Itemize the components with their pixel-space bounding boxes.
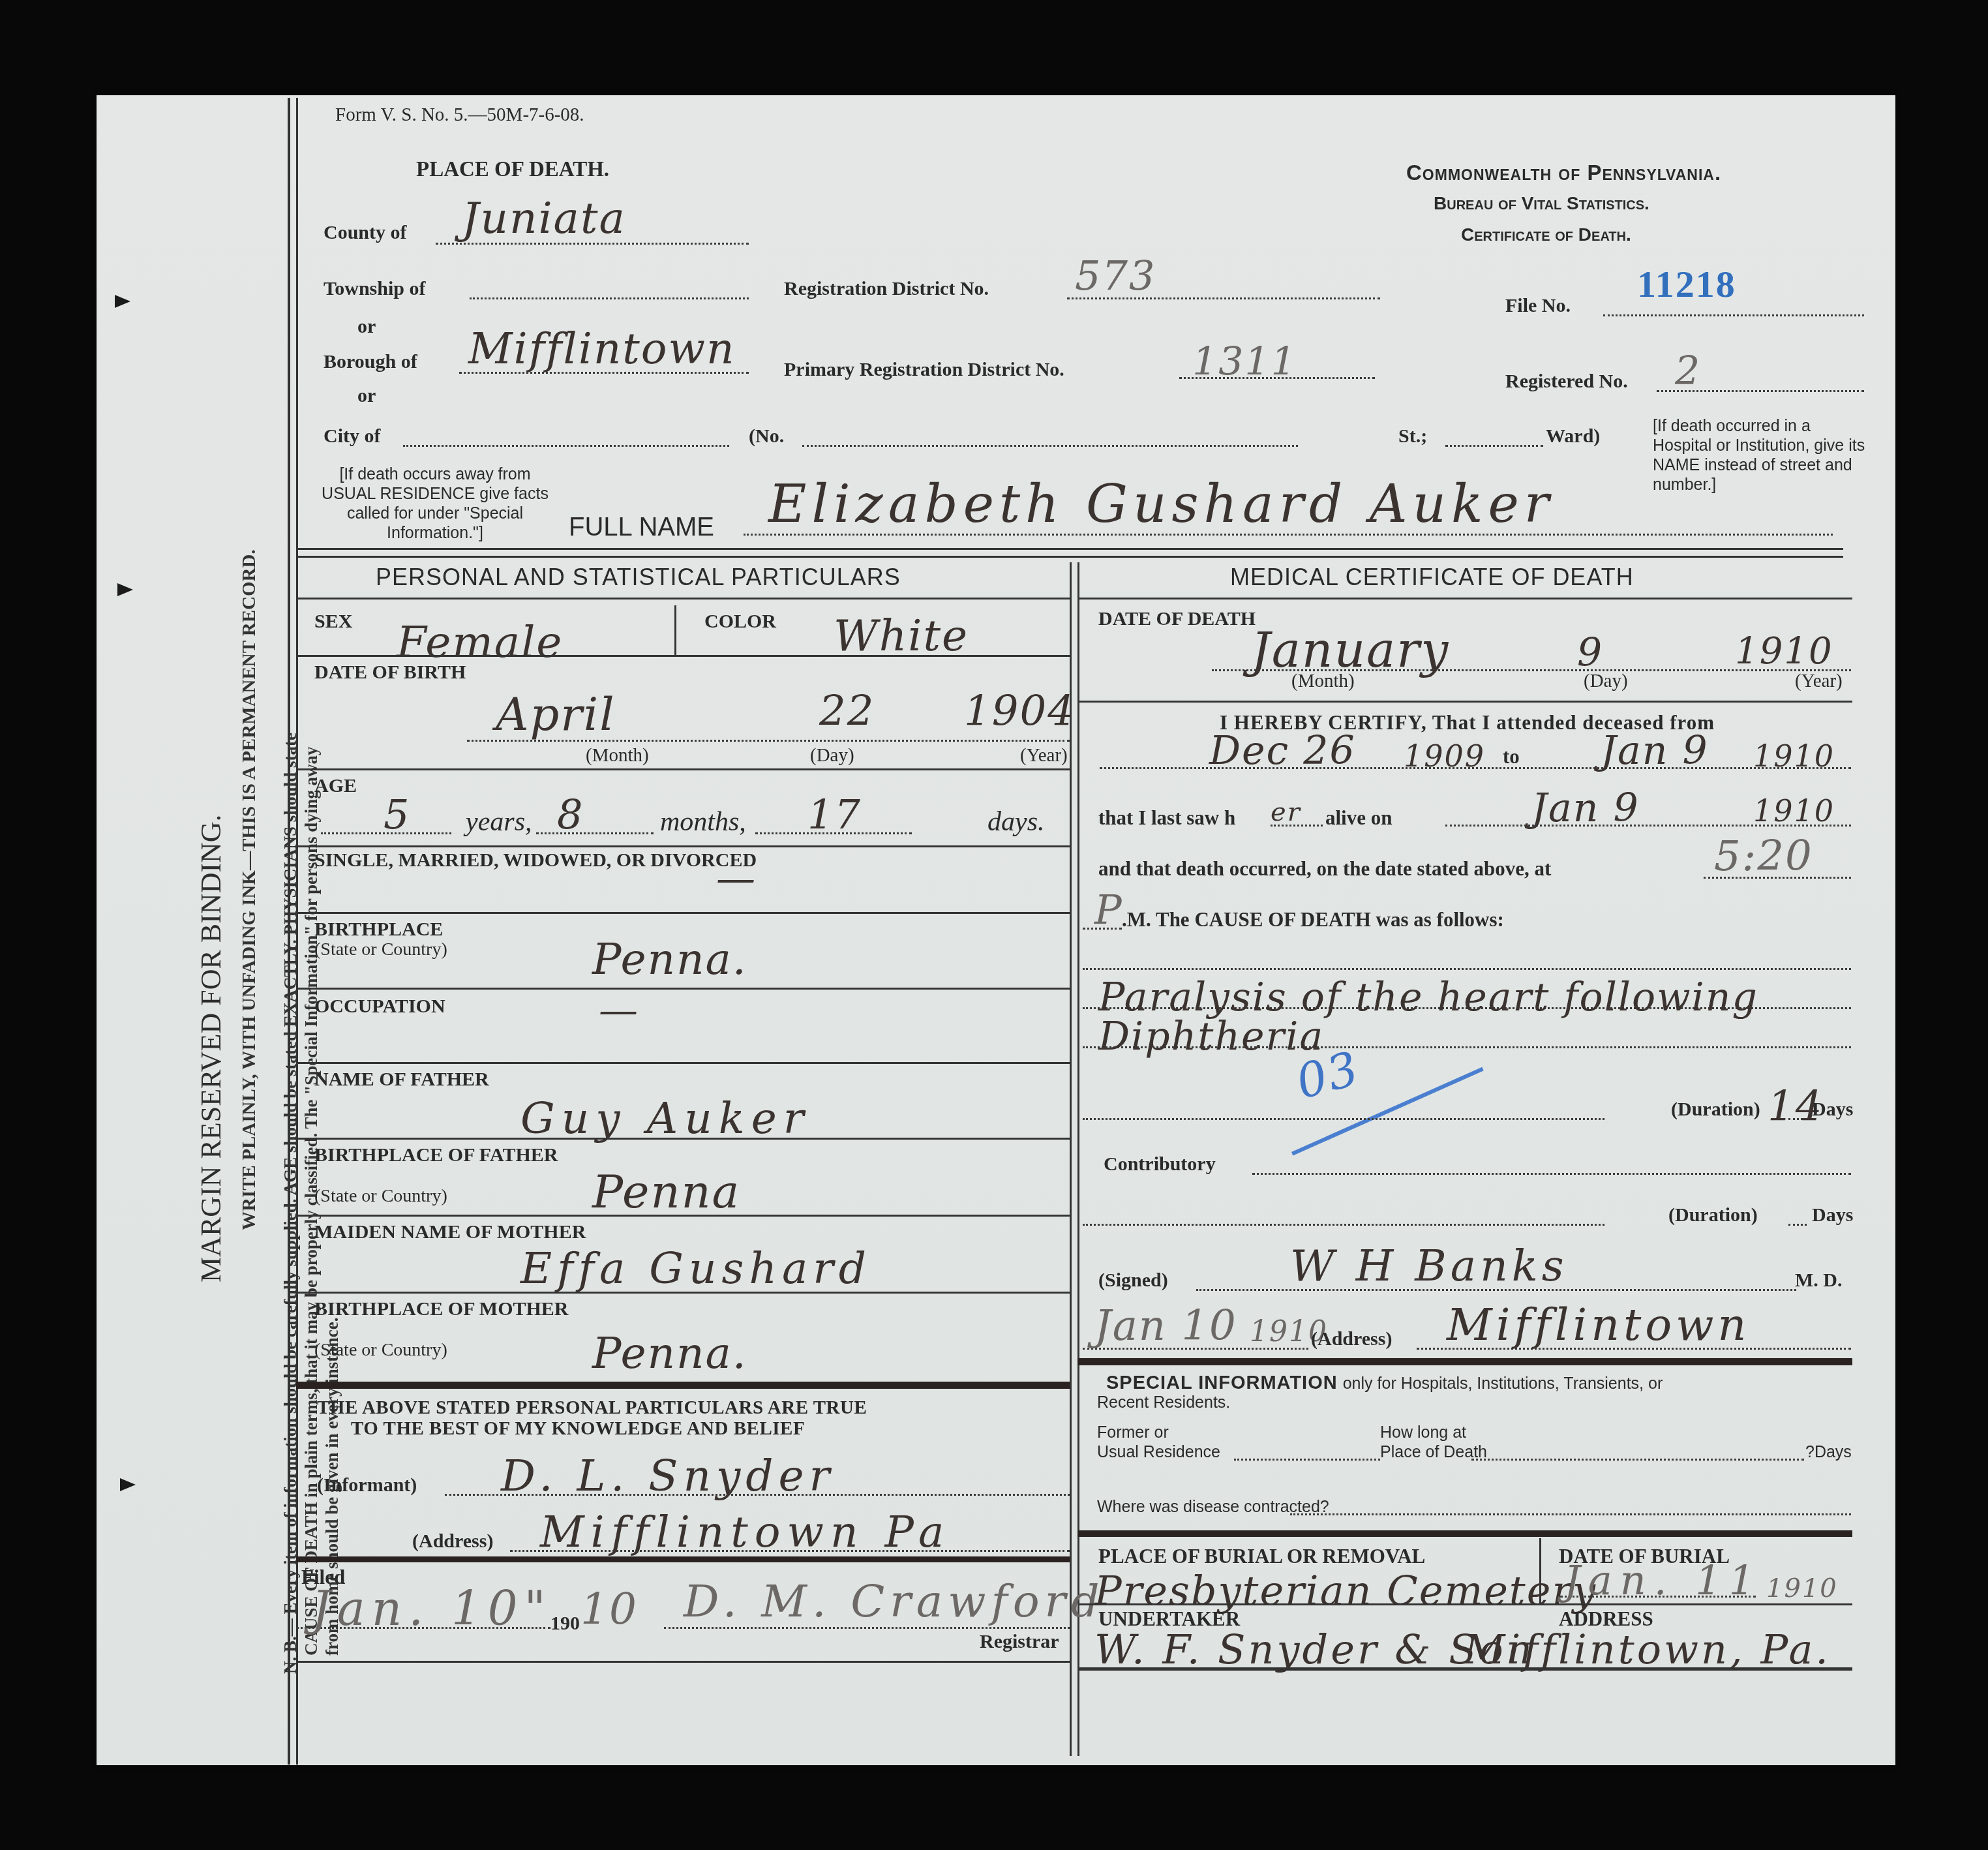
contributory-label: Contributory	[1104, 1153, 1216, 1175]
full-name-label: FULL NAME	[569, 513, 714, 542]
unfading-ink-note: WRITE PLAINLY, WITH UNFADING INK—THIS IS…	[239, 549, 260, 1230]
signed-date-value: Jan 10	[1094, 1302, 1237, 1350]
recent-residents-label: Recent Residents.	[1097, 1393, 1230, 1412]
birthplace-value: Penna.	[592, 934, 747, 984]
father-name-label: NAME OF FATHER	[314, 1070, 445, 1089]
usual-residence-label: Usual Residence	[1097, 1443, 1220, 1462]
street-number-label: (No.	[749, 425, 784, 447]
color-value: White	[834, 611, 969, 661]
ward-label: Ward)	[1546, 425, 1600, 447]
binding-margin-note: MARGIN RESERVED FOR BINDING.	[194, 814, 228, 1282]
cause-of-death-heading: .M. The CAUSE OF DEATH was as follows:	[1122, 908, 1504, 932]
burial-place-label: PLACE OF BURIAL OR REMOVAL	[1098, 1545, 1425, 1568]
primary-registration-value: 1311	[1192, 339, 1297, 385]
color-label: COLOR	[704, 611, 776, 633]
county-value: Juniata	[462, 193, 626, 243]
physician-signature: W H Banks	[1290, 1241, 1568, 1291]
primary-registration-label: Primary Registration District No.	[784, 359, 1064, 381]
registrar-signature: D. M. Crawford	[684, 1576, 1105, 1628]
special-info-heading: SPECIAL INFORMATION only for Hospitals, …	[1106, 1372, 1663, 1394]
township-label: Township of	[324, 278, 425, 300]
dod-year-value: 1910	[1735, 630, 1833, 673]
sex-value: Female	[397, 617, 563, 667]
punch-mark-icon	[115, 295, 130, 308]
date-of-death-label: DATE OF DEATH	[1098, 608, 1256, 630]
days-word: days.	[987, 806, 1045, 838]
occupation-label: OCCUPATION	[314, 995, 445, 1018]
form-id: Form V. S. No. 5.—50M-7-6-08.	[335, 104, 584, 126]
county-label: County of	[324, 222, 407, 244]
month-caption: (Month)	[586, 745, 649, 766]
informant-address-label: (Address)	[412, 1530, 493, 1553]
contributory-days-label: Days	[1812, 1204, 1853, 1226]
year-caption: (Year)	[1020, 745, 1068, 766]
attended-to-value: Jan 9	[1601, 728, 1709, 774]
date-of-birth-label: DATE OF BIRTH	[314, 661, 466, 684]
bureau-title: Bureau of Vital Statistics.	[1434, 193, 1649, 214]
special-info-scope: only for Hospitals, Institutions, Transi…	[1343, 1374, 1663, 1393]
registered-number-label: Registered No.	[1505, 371, 1628, 393]
filed-year-prefix: 190	[550, 1613, 580, 1635]
birthplace-label: BIRTHPLACE	[314, 918, 443, 941]
mother-maiden-value: Effa Gushard	[520, 1243, 871, 1294]
place-of-death-title: PLACE OF DEATH.	[416, 158, 609, 182]
residence-note: [If death occurs away from USUAL RESIDEN…	[314, 464, 556, 543]
street-label: St.;	[1398, 425, 1427, 447]
binding-rule	[288, 98, 290, 1765]
day-caption: (Day)	[1584, 671, 1628, 692]
how-long-days-label: ?Days	[1805, 1443, 1852, 1462]
mother-birthplace-value: Penna.	[592, 1328, 747, 1378]
state-or-country-caption: (State or Country)	[314, 1340, 447, 1361]
to-label: to	[1503, 745, 1520, 768]
burial-year-value: 1910	[1766, 1573, 1838, 1603]
am-pm-value: P	[1094, 886, 1123, 933]
age-days-value: 17	[807, 791, 862, 838]
dod-day-value: 9	[1577, 630, 1603, 676]
attestation-line1: THE ABOVE STATED PERSONAL PARTICULARS AR…	[317, 1397, 867, 1419]
personal-section-title: PERSONAL AND STATISTICAL PARTICULARS	[376, 564, 901, 591]
certificate-title: Certificate of Death.	[1461, 224, 1631, 245]
undertaker-address-value: Mifflintown, Pa.	[1464, 1626, 1831, 1673]
city-label: City of	[324, 425, 380, 447]
marital-status-value: —	[716, 856, 757, 902]
hospital-note: [If death occurred in a Hospital or Inst…	[1653, 416, 1868, 494]
time-of-death-value: 5:20	[1714, 832, 1813, 881]
dob-month-value: April	[496, 688, 616, 741]
dob-year-value: 1904	[964, 688, 1076, 736]
age-years-value: 5	[384, 791, 410, 838]
dob-day-value: 22	[819, 688, 875, 736]
year-caption: (Year)	[1795, 671, 1843, 692]
death-occurred-text: and that death occurred, on the date sta…	[1098, 857, 1551, 881]
father-name-value: Guy Auker	[520, 1093, 810, 1144]
filed-year-value: 10	[580, 1584, 638, 1634]
attended-from-year: 1909	[1404, 738, 1485, 774]
occupation-value: —	[599, 988, 639, 1033]
years-word: years,	[466, 806, 532, 838]
last-saw-text: that I last saw h	[1098, 806, 1235, 830]
marital-status-label: SINGLE, MARRIED, WIDOWED, OR DIVORCED	[314, 851, 654, 870]
physician-address-value: Mifflintown	[1447, 1299, 1750, 1351]
informant-label: (Informant)	[317, 1474, 417, 1496]
last-saw-pronoun: er	[1271, 797, 1301, 827]
md-label: M. D.	[1795, 1269, 1842, 1292]
filed-date-value: Jan. 10"	[312, 1581, 552, 1636]
contributory-duration-label: (Duration)	[1668, 1204, 1758, 1226]
punch-mark-icon	[120, 1478, 136, 1491]
burial-date-value: Jan. 11	[1564, 1556, 1762, 1604]
last-saw-year: 1910	[1753, 793, 1835, 828]
file-number-stamp: 11218	[1637, 262, 1736, 306]
or-label: or	[357, 385, 376, 407]
duration-days-label: Days	[1812, 1099, 1853, 1121]
age-months-value: 8	[557, 791, 584, 838]
duration-label: (Duration)	[1671, 1099, 1760, 1121]
age-label: AGE	[314, 775, 357, 797]
file-number-label: File No.	[1505, 295, 1571, 317]
father-birthplace-value: Penna	[592, 1165, 740, 1219]
months-word: months,	[660, 806, 746, 838]
sex-label: SEX	[314, 611, 352, 633]
state-or-country-caption: (State or Country)	[314, 1186, 447, 1207]
binding-rule	[296, 98, 298, 1765]
borough-value: Mifflintown	[468, 324, 736, 374]
last-saw-date: Jan 9	[1531, 785, 1640, 831]
commonwealth-title: Commonwealth of Pennsylvania.	[1406, 160, 1721, 185]
borough-label: Borough of	[324, 351, 417, 373]
special-info-title: SPECIAL INFORMATION	[1106, 1372, 1338, 1393]
day-caption: (Day)	[810, 745, 854, 766]
state-or-country-caption: (State or Country)	[314, 939, 447, 960]
attended-from-value: Dec 26	[1209, 728, 1356, 774]
mother-birthplace-label: BIRTHPLACE OF MOTHER	[314, 1299, 484, 1319]
or-label: or	[357, 316, 376, 338]
medical-section-title: MEDICAL CERTIFICATE OF DEATH	[1230, 564, 1634, 591]
registration-district-label: Registration District No.	[784, 278, 989, 300]
informant-value: D. L. Snyder	[501, 1451, 835, 1501]
cause-line2-value: Diphtheria	[1098, 1014, 1324, 1059]
full-name-value: Elizabeth Gushard Auker	[768, 474, 1554, 534]
registration-district-value: 573	[1075, 252, 1156, 299]
mother-maiden-label: MAIDEN NAME OF MOTHER	[314, 1222, 510, 1242]
attended-to-year: 1910	[1753, 738, 1835, 774]
punch-mark-icon	[117, 583, 133, 596]
physician-address-label: (Address)	[1311, 1328, 1392, 1350]
registered-number-value: 2	[1675, 348, 1701, 394]
signed-label: (Signed)	[1098, 1269, 1168, 1292]
month-caption: (Month)	[1291, 671, 1355, 692]
how-long-label: How long at	[1380, 1423, 1466, 1442]
father-birthplace-label: BIRTHPLACE OF FATHER	[314, 1145, 484, 1165]
former-label: Former or	[1097, 1423, 1169, 1442]
informant-address-value: Mifflintown Pa	[540, 1507, 950, 1557]
death-certificate-page: MARGIN RESERVED FOR BINDING. WRITE PLAIN…	[97, 95, 1895, 1765]
alive-on-text: alive on	[1325, 806, 1392, 830]
registrar-label: Registrar	[980, 1631, 1059, 1653]
attestation-line2: TO THE BEST OF MY KNOWLEDGE AND BELIEF	[351, 1418, 805, 1440]
